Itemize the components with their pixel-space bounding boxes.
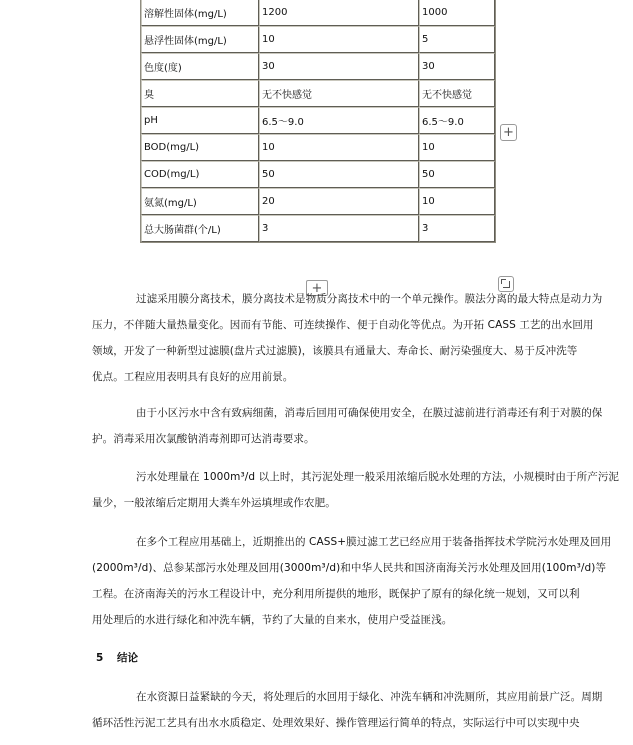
paragraph-line: 用处理后的水进行绿化和冲洗车辆，节约了大量的自来水，使用户受益匪浅。: [92, 607, 544, 633]
add-column-button[interactable]: +: [500, 124, 517, 141]
paragraph-line: 由于小区污水中含有致病细菌，消毒后回用可确保使用安全，在膜过滤前进行消毒还有利于…: [114, 400, 544, 426]
table-row: BOD(mg/L) 10 10: [141, 134, 495, 161]
table-cell-value-a[interactable]: 3: [259, 215, 419, 242]
paragraph-line: 循环活性污泥工艺具有出水水质稳定、处理效果好、操作管理运行简单的特点，实际运行中…: [92, 710, 544, 736]
table-cell-value-a[interactable]: 50: [259, 161, 419, 188]
table-cell-param[interactable]: 悬浮性固体(mg/L): [141, 26, 259, 53]
paragraph-sludge-treatment: 污水处理量在 1000m³/d 以上时，其污泥处理一般采用浓缩后脱水处理的方法，…: [114, 464, 544, 516]
paragraph-line: 在水资源日益紧缺的今天，将处理后的水回用于绿化、冲洗车辆和冲洗厕所，其应用前景广…: [114, 684, 544, 710]
table-cell-value-b[interactable]: 50: [419, 161, 495, 188]
table-cell-value-b[interactable]: 10: [419, 188, 495, 215]
section-title: 结论: [117, 652, 138, 664]
table-cell-param[interactable]: pH: [141, 107, 259, 134]
table-row: COD(mg/L) 50 50: [141, 161, 495, 188]
table-cell-value-a[interactable]: 30: [259, 53, 419, 80]
table-row: 色度(度) 30 30: [141, 53, 495, 80]
table-cell-value-b[interactable]: 无不快感觉: [419, 80, 495, 107]
table-cell-value-b[interactable]: 10: [419, 134, 495, 161]
table-cell-value-a[interactable]: 10: [259, 26, 419, 53]
table-cell-value-b[interactable]: 5: [419, 26, 495, 53]
table-cell-value-b[interactable]: 3: [419, 215, 495, 242]
table-cell-value-b[interactable]: 30: [419, 53, 495, 80]
section-heading: 5 结论: [96, 648, 138, 668]
table-cell-param[interactable]: 总大肠菌群(个/L): [141, 215, 259, 242]
paragraph-disinfection: 由于小区污水中含有致病细菌，消毒后回用可确保使用安全，在膜过滤前进行消毒还有利于…: [114, 400, 544, 452]
paragraph-line: (2000m³/d)、总参某部污水处理及回用(3000m³/d)和中华人民共和国…: [92, 555, 544, 581]
paragraph-line: 量少，一般浓缩后定期用大粪车外运填埋或作农肥。: [92, 490, 544, 516]
paragraph-membrane-filtration: 过滤采用膜分离技术，膜分离技术是物质分离技术中的一个单元操作。膜法分离的最大特点…: [114, 286, 544, 390]
table-cell-param[interactable]: BOD(mg/L): [141, 134, 259, 161]
water-quality-table: 溶解性固体(mg/L) 1200 1000 悬浮性固体(mg/L) 10 5 色…: [140, 0, 496, 243]
table-cell-param[interactable]: 色度(度): [141, 53, 259, 80]
table-row: 溶解性固体(mg/L) 1200 1000: [141, 0, 495, 26]
table-cell-value-a[interactable]: 无不快感觉: [259, 80, 419, 107]
plus-icon: +: [503, 126, 514, 139]
table-cell-value-a[interactable]: 20: [259, 188, 419, 215]
table-row: pH 6.5～9.0 6.5～9.0: [141, 107, 495, 134]
table-row: 悬浮性固体(mg/L) 10 5: [141, 26, 495, 53]
table-cell-param[interactable]: 溶解性固体(mg/L): [141, 0, 259, 26]
paragraph-line: 压力，不伴随大量热量变化。因而有节能、可连续操作、便于自动化等优点。为开拓 CA…: [92, 312, 544, 338]
paragraph-applications: 在多个工程应用基础上，近期推出的 CASS+膜过滤工艺已经应用于装备指挥技术学院…: [114, 529, 544, 633]
paragraph-line: 工程。在济南海关的污水工程设计中，充分利用所提供的地形，既保护了原有的绿化统一规…: [92, 581, 544, 607]
paragraph-line: 护。消毒采用次氯酸钠消毒剂即可达消毒要求。: [92, 426, 544, 452]
section-number: 5: [96, 652, 103, 664]
table-cell-value-b[interactable]: 6.5～9.0: [419, 107, 495, 134]
table-row: 总大肠菌群(个/L) 3 3: [141, 215, 495, 242]
paragraph-line: 过滤采用膜分离技术，膜分离技术是物质分离技术中的一个单元操作。膜法分离的最大特点…: [114, 286, 544, 312]
table-cell-value-a[interactable]: 10: [259, 134, 419, 161]
table-cell-value-a[interactable]: 6.5～9.0: [259, 107, 419, 134]
table-cell-value-a[interactable]: 1200: [259, 0, 419, 26]
paragraph-line: 优点。工程应用表明具有良好的应用前景。: [92, 364, 544, 390]
table-row: 氨氮(mg/L) 20 10: [141, 188, 495, 215]
table-cell-param[interactable]: 臭: [141, 80, 259, 107]
paragraph-line: 污水处理量在 1000m³/d 以上时，其污泥处理一般采用浓缩后脱水处理的方法，…: [114, 464, 544, 490]
table-cell-param[interactable]: COD(mg/L): [141, 161, 259, 188]
paragraph-line: 在多个工程应用基础上，近期推出的 CASS+膜过滤工艺已经应用于装备指挥技术学院…: [114, 529, 544, 555]
table-cell-value-b[interactable]: 1000: [419, 0, 495, 26]
table-cell-param[interactable]: 氨氮(mg/L): [141, 188, 259, 215]
paragraph-line: 领域，开发了一种新型过滤膜(盘片式过滤膜)，该膜具有通量大、寿命长、耐污染强度大…: [92, 338, 544, 364]
table-row: 臭 无不快感觉 无不快感觉: [141, 80, 495, 107]
paragraph-conclusion: 在水资源日益紧缺的今天，将处理后的水回用于绿化、冲洗车辆和冲洗厕所，其应用前景广…: [114, 684, 544, 736]
